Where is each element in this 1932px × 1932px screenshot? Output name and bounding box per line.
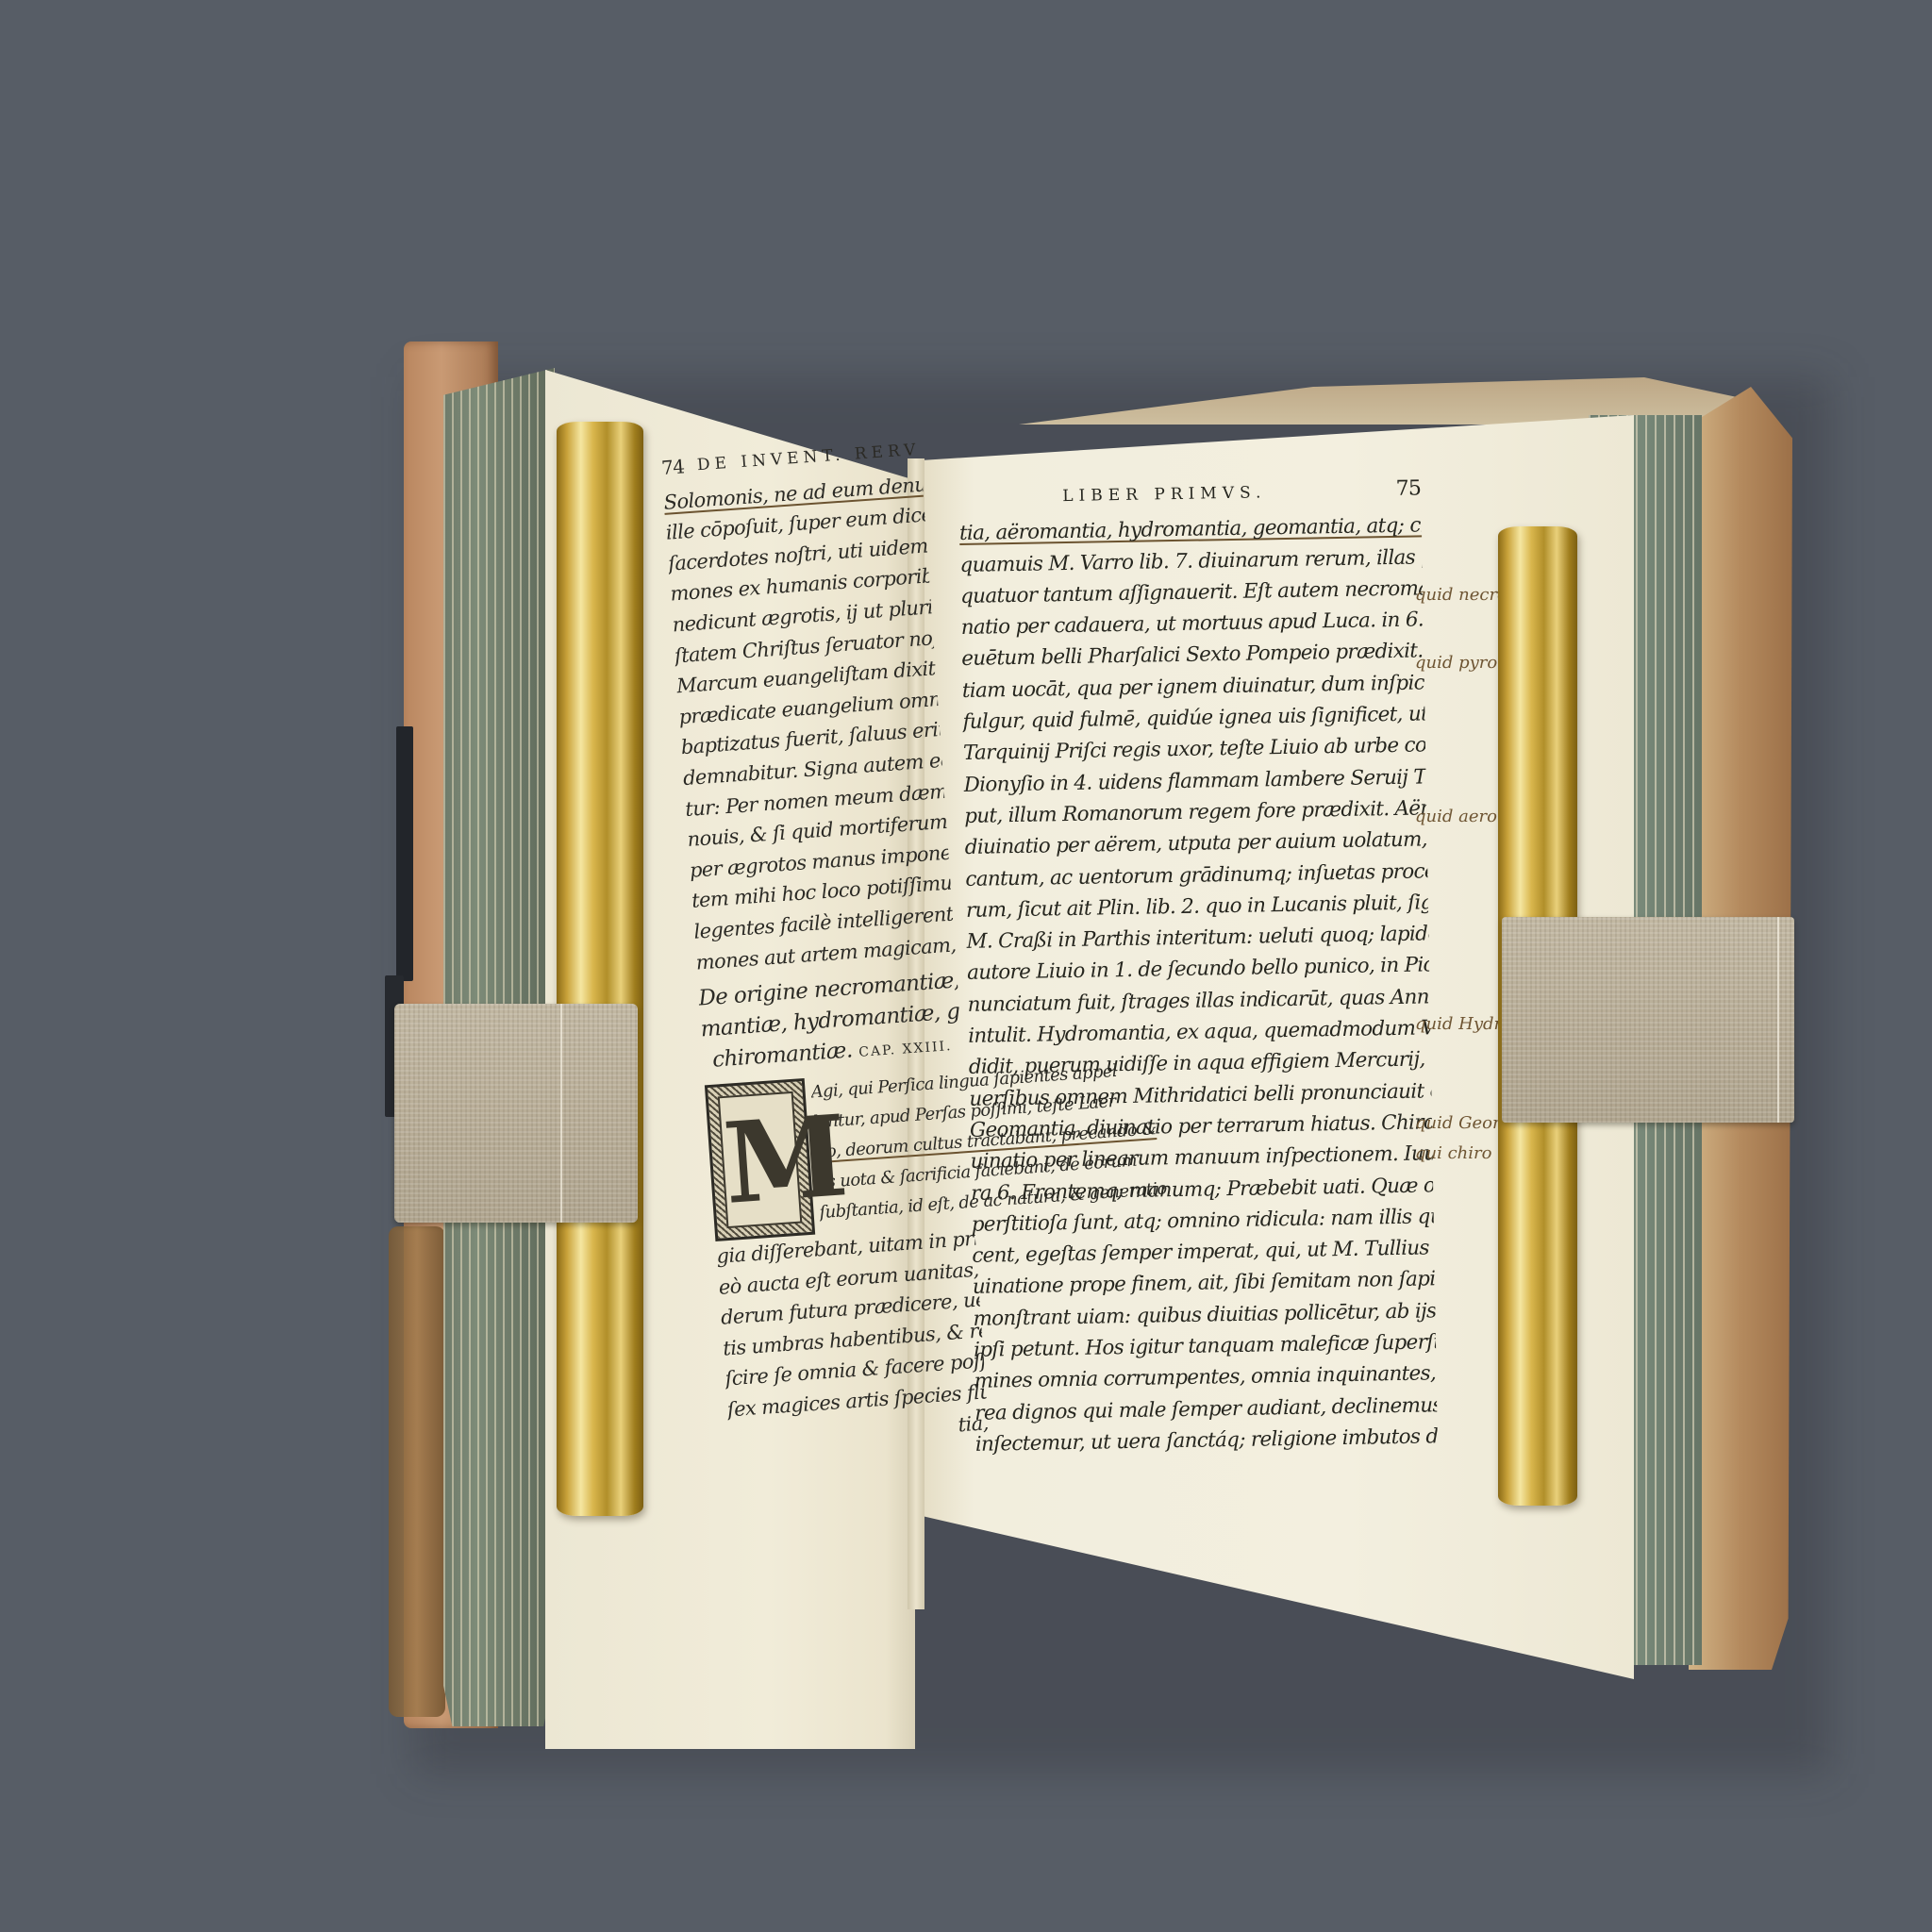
chapter-heading: De origine necromantiæ, pyromantiæ, aëro…	[697, 966, 962, 1080]
margin-note: quid Geom	[1415, 1113, 1508, 1133]
drop-cap-letter: M	[718, 1091, 803, 1228]
margin-note: quid pyro	[1415, 653, 1497, 673]
right-page-text: LIBER PRIMVS. 75 tia, aëromantia, hydrom…	[958, 473, 1438, 1460]
black-page-tab	[396, 726, 413, 981]
margin-note: qui chiro	[1415, 1143, 1491, 1163]
right-page-header: LIBER PRIMVS. 75	[958, 473, 1422, 514]
woodcut-initial: M	[705, 1078, 815, 1241]
left-cover-worn-spine	[389, 1226, 445, 1717]
chapter-heading-line: chiromantiæ.	[711, 1038, 853, 1072]
brass-page-weight-rod[interactable]	[557, 422, 643, 1516]
running-head: LIBER PRIMVS.	[1062, 477, 1267, 512]
chapter-opening: M Agi, qui Perſica lingua ſapientes appe…	[705, 1067, 974, 1241]
strap-seam	[560, 1004, 562, 1223]
margin-note: quid aerom	[1415, 807, 1509, 826]
margin-annotations: quid necro quid pyro quid aerom quid Hyd…	[1415, 566, 1509, 1170]
page-number: 75	[1395, 473, 1421, 505]
strap-seam	[1777, 917, 1779, 1123]
fabric-strap[interactable]	[394, 1004, 638, 1223]
margin-note: quid Hydr	[1415, 1014, 1502, 1034]
fabric-strap[interactable]	[1502, 917, 1794, 1123]
page-number: 74	[660, 451, 685, 483]
chapter-number: CAP. XXIII.	[858, 1039, 953, 1060]
margin-note: quid necro	[1415, 585, 1507, 605]
